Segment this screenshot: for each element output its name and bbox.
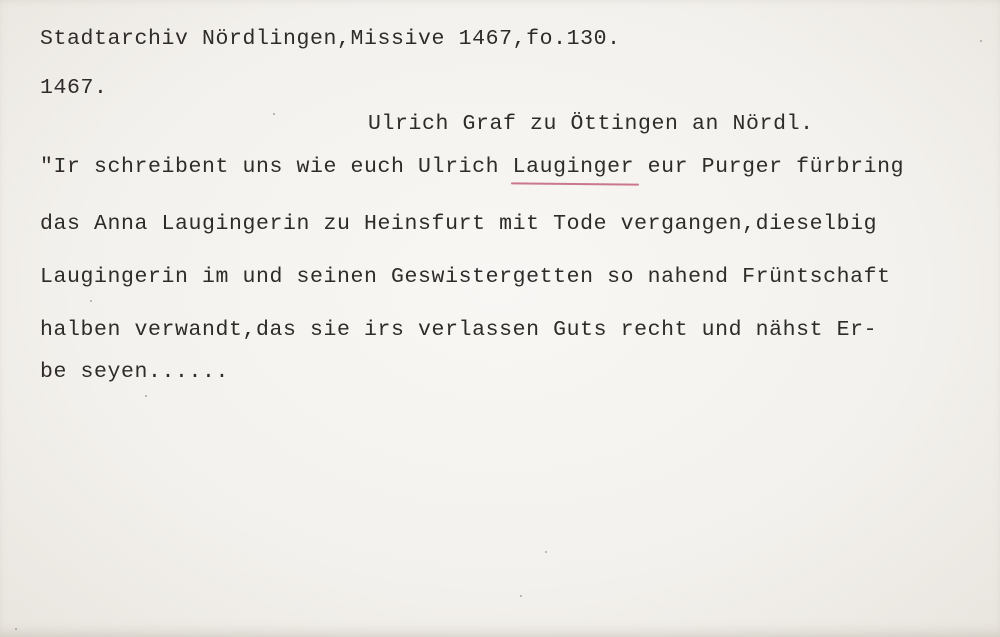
quote-line-4: halben verwandt,das sie irs verlassen Gu…	[40, 318, 877, 342]
quote-line-2: das Anna Laugingerin zu Heinsfurt mit To…	[40, 212, 877, 236]
paper-speck	[145, 395, 147, 397]
source-reference: Stadtarchiv Nördlingen,Missive 1467,fo.1…	[40, 27, 621, 51]
quote-line-5: be seyen......	[40, 360, 229, 384]
paper-speck	[15, 628, 17, 630]
quote-line-1: "Ir schreibent uns wie euch Ulrich Laugi…	[40, 155, 904, 179]
quote-line-1-start: "Ir schreibent uns wie euch Ulrich	[40, 155, 513, 179]
paper-speck	[980, 40, 982, 42]
year: 1467.	[40, 76, 108, 100]
archive-index-card: Stadtarchiv Nördlingen,Missive 1467,fo.1…	[0, 0, 1000, 637]
letter-heading: Ulrich Graf zu Öttingen an Nördl.	[368, 112, 814, 136]
quote-line-3: Laugingerin im und seinen Geswistergette…	[40, 265, 891, 289]
paper-speck	[273, 113, 275, 115]
paper-speck	[520, 595, 522, 597]
paper-speck	[90, 300, 92, 302]
paper-speck	[545, 551, 547, 553]
quote-line-1-end: eur Purger fürbring	[634, 155, 904, 179]
underlined-name-lauginger: Lauginger	[513, 155, 635, 179]
